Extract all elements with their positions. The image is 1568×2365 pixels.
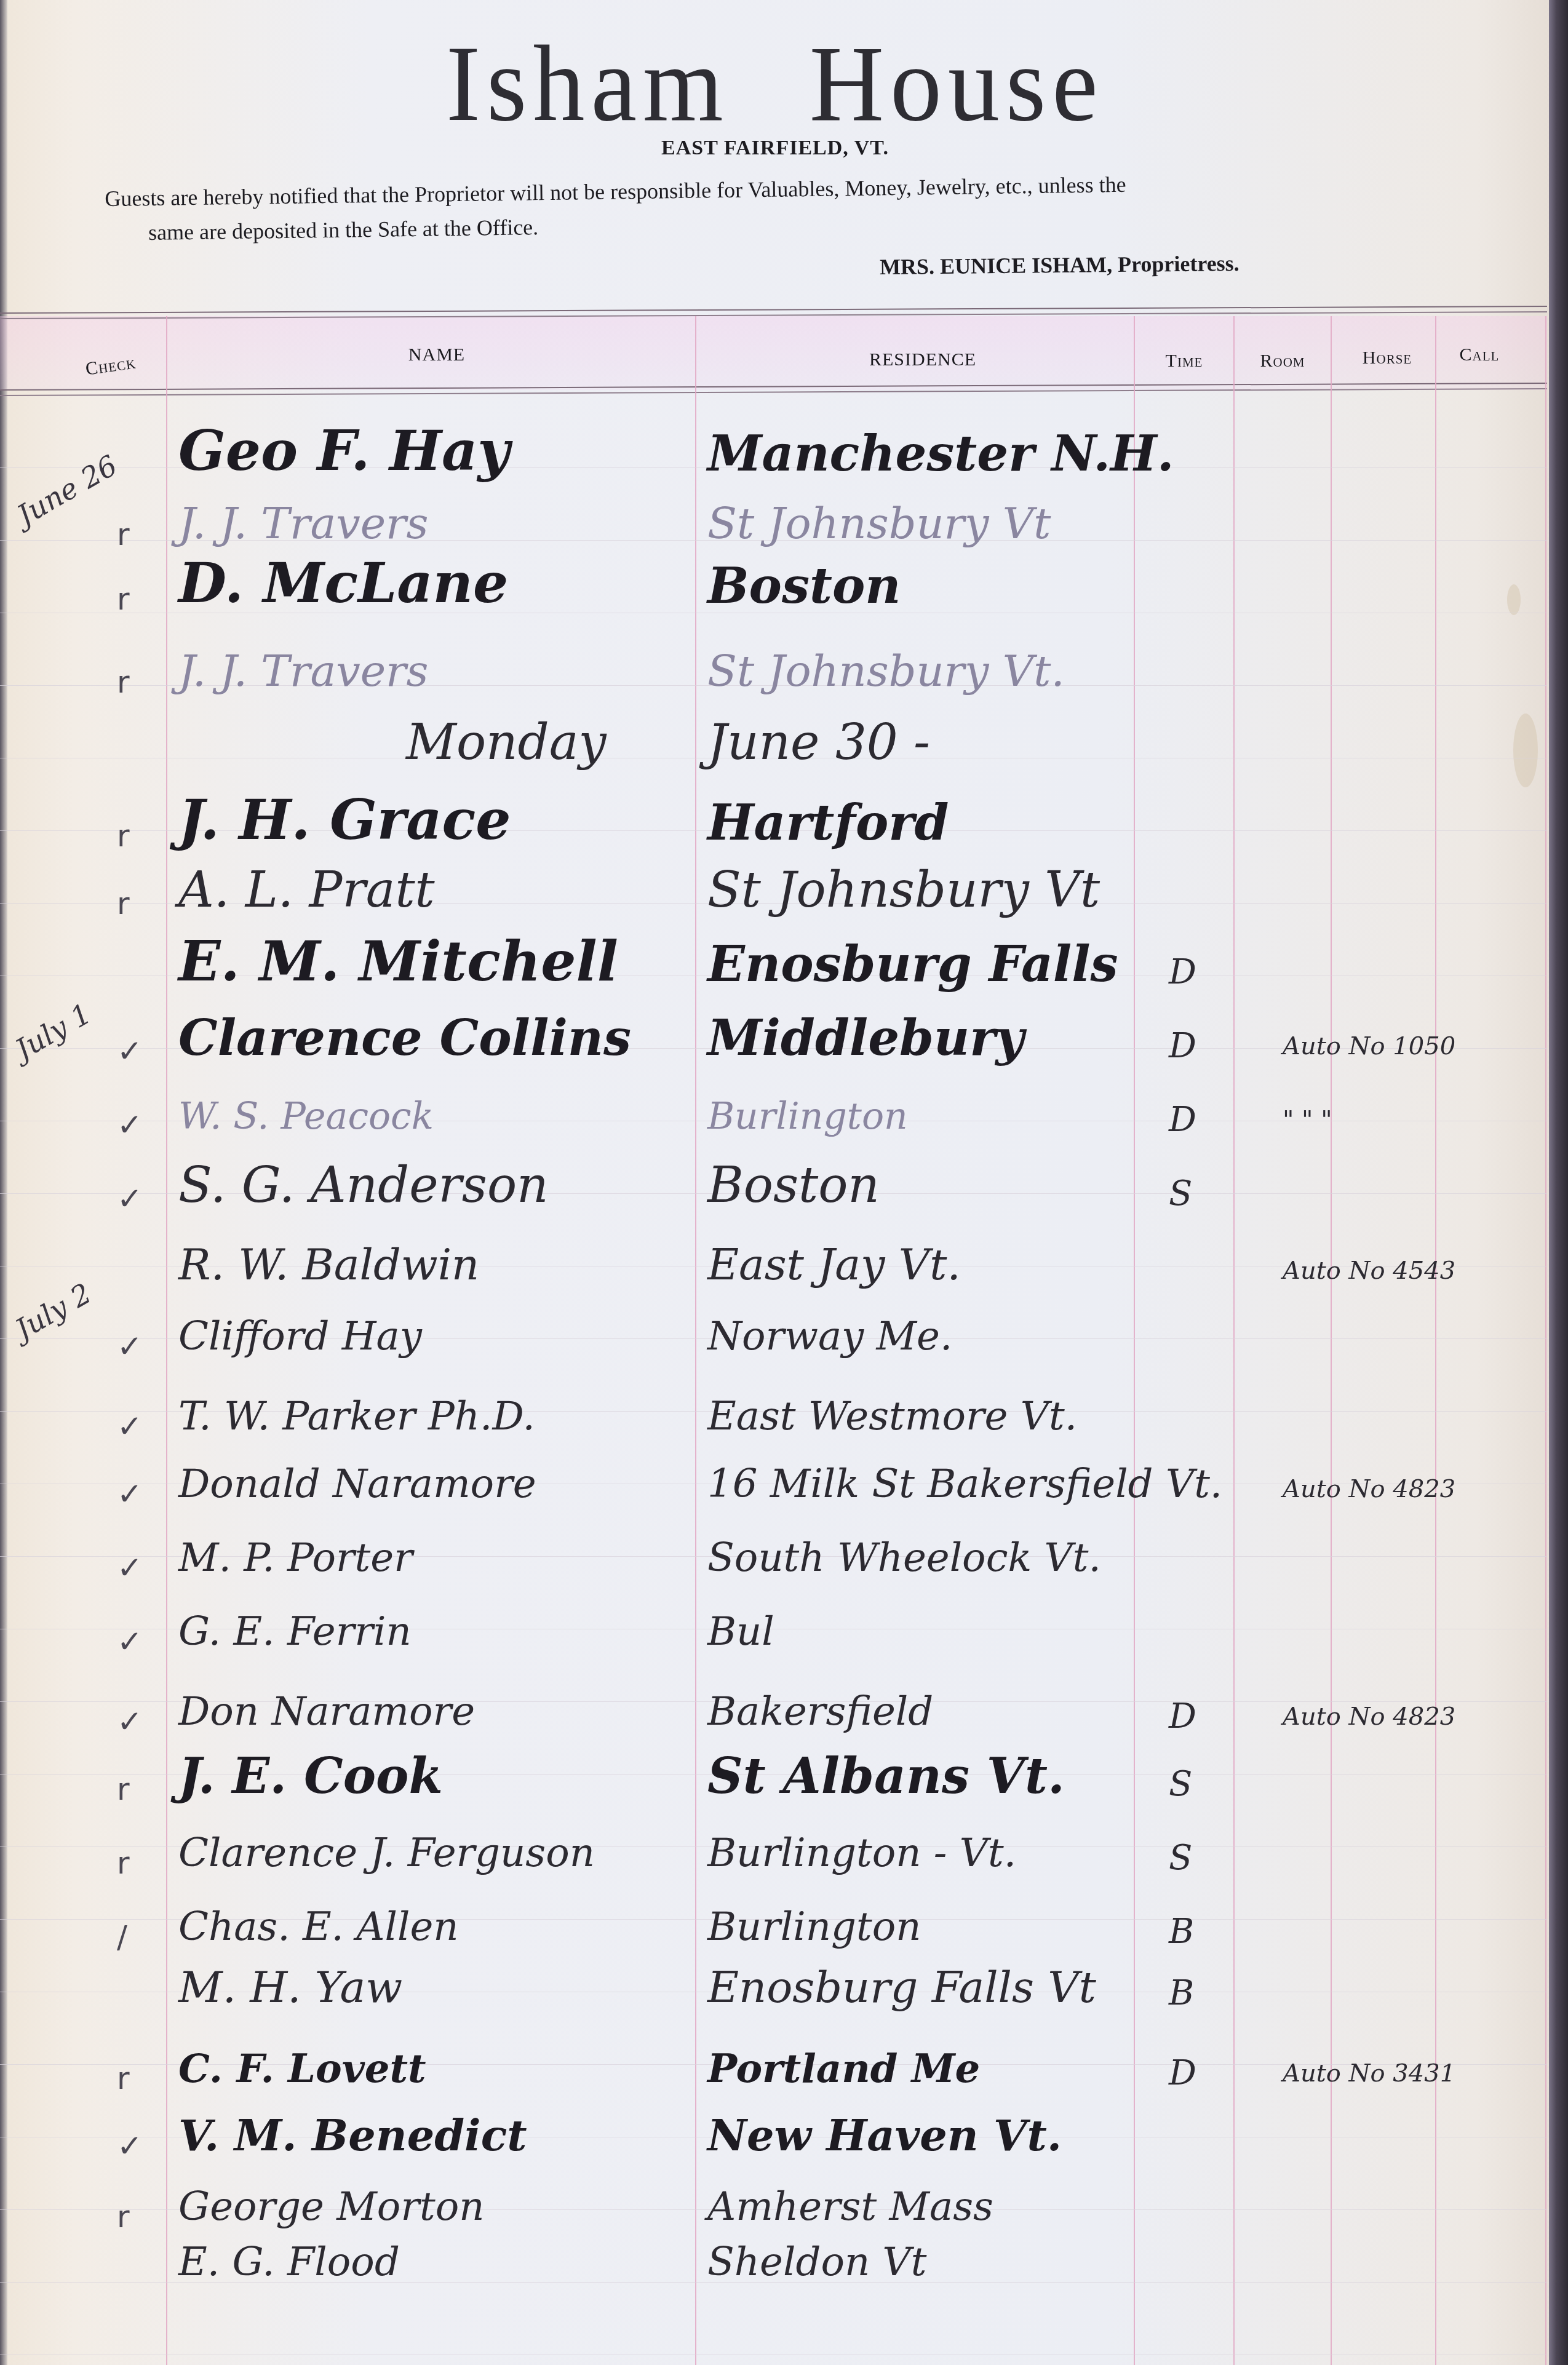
time-mark: D bbox=[1169, 1696, 1196, 1736]
register-entry: ✓S. G. AndersonBostonS bbox=[0, 1206, 1547, 1206]
title-word-isham: Isham bbox=[446, 23, 730, 143]
register-entry: ✓Don NaramoreBakersfieldDAuto No 4823 bbox=[0, 1728, 1547, 1729]
book-binding-edge bbox=[1549, 0, 1568, 2365]
guest-residence: Bul bbox=[707, 1609, 774, 1655]
guest-residence: Burlington - Vt. bbox=[707, 1830, 1016, 1876]
register-entry: ✓V. M. BenedictNew Haven Vt. bbox=[0, 2153, 1547, 2153]
paper-stain bbox=[1507, 584, 1521, 615]
time-mark: S bbox=[1169, 1838, 1192, 1878]
guest-residence: Bakersfield bbox=[707, 1689, 933, 1735]
check-mark: ✓ bbox=[117, 1550, 143, 1586]
hotel-location: EAST FAIRFIELD, VT. bbox=[0, 137, 1550, 160]
guest-name: G. E. Ferrin bbox=[178, 1609, 412, 1655]
guest-name: S. G. Anderson bbox=[178, 1156, 549, 1214]
guest-residence: June 30 - bbox=[707, 713, 930, 771]
guest-residence: New Haven Vt. bbox=[707, 2110, 1062, 2161]
paper-stain bbox=[1513, 713, 1538, 787]
guest-residence: Norway Me. bbox=[707, 1314, 952, 1359]
register-entry: M. H. YawEnosburg Falls VtB bbox=[0, 2005, 1547, 2006]
register-entry: ✓G. E. FerrinBul bbox=[0, 1648, 1547, 1649]
check-mark: ✓ bbox=[117, 1704, 143, 1739]
guest-name: Monday bbox=[406, 713, 607, 771]
column-header-residence: RESIDENCE bbox=[818, 349, 1027, 370]
ruled-line bbox=[0, 2355, 1547, 2355]
check-mark: ✓ bbox=[117, 2128, 143, 2164]
register-entry: ✓M. P. PorterSouth Wheelock Vt. bbox=[0, 1575, 1547, 1575]
register-entry: R. W. BaldwinEast Jay Vt.Auto No 4543 bbox=[0, 1282, 1547, 1283]
check-mark: r bbox=[117, 581, 130, 617]
column-header-horse: Horse bbox=[1347, 348, 1427, 368]
guest-residence: Manchester N.H. bbox=[707, 424, 1174, 482]
column-divider bbox=[695, 316, 696, 2365]
guest-name: Clarence Collins bbox=[178, 1009, 631, 1067]
guest-residence: East Westmore Vt. bbox=[707, 1394, 1077, 1439]
column-divider bbox=[166, 316, 167, 2365]
guest-residence: South Wheelock Vt. bbox=[707, 1535, 1101, 1581]
check-mark: ✓ bbox=[117, 1181, 143, 1217]
guest-residence: Amherst Mass bbox=[707, 2184, 993, 2230]
check-mark: r bbox=[117, 818, 130, 854]
auto-number: Auto No 4823 bbox=[1283, 1703, 1455, 1731]
guest-name: J. E. Cook bbox=[178, 1747, 443, 1805]
title-word-house: House bbox=[810, 23, 1104, 143]
check-mark: ✓ bbox=[117, 1033, 143, 1069]
guest-residence: Boston bbox=[707, 1156, 880, 1214]
time-mark: S bbox=[1169, 1174, 1192, 1214]
liability-notice: Guests are hereby notified that the Prop… bbox=[105, 162, 1459, 250]
guest-name: R. W. Baldwin bbox=[178, 1239, 479, 1290]
guest-name: E. G. Flood bbox=[178, 2240, 400, 2285]
guest-name: Donald Naramore bbox=[178, 1461, 536, 1507]
register-entry: ✓T. W. Parker Ph.D.East Westmore Vt. bbox=[0, 1433, 1547, 1434]
margin-date: July 2 bbox=[9, 1276, 97, 1346]
guest-name: M. P. Porter bbox=[178, 1535, 413, 1581]
guest-name: Chas. E. Allen bbox=[178, 1904, 459, 1950]
register-entry: MondayJune 30 - bbox=[0, 763, 1547, 763]
guest-residence: Burlington bbox=[707, 1095, 908, 1138]
guest-residence: St Johnsbury Vt. bbox=[707, 646, 1065, 696]
auto-number: Auto No 1050 bbox=[1283, 1032, 1455, 1060]
check-mark: r bbox=[117, 1845, 130, 1881]
margin-date: June 26 bbox=[11, 448, 122, 532]
register-entry: rGeorge MortonAmherst Mass bbox=[0, 2224, 1547, 2224]
register-entry: /Chas. E. AllenBurlingtonB bbox=[0, 1944, 1547, 1944]
column-divider bbox=[1331, 316, 1332, 2365]
auto-number: Auto No 4543 bbox=[1283, 1257, 1455, 1285]
check-mark: ✓ bbox=[117, 1624, 143, 1659]
time-mark: D bbox=[1169, 952, 1196, 992]
register-entry: E. G. FloodSheldon Vt bbox=[0, 2279, 1547, 2280]
guest-residence: East Jay Vt. bbox=[707, 1239, 961, 1290]
guest-residence: Boston bbox=[707, 557, 901, 614]
guest-residence: St Johnsbury Vt bbox=[707, 498, 1051, 549]
guest-name: Don Naramore bbox=[178, 1689, 475, 1735]
register-entry: rJ. J. TraversSt Johnsbury Vt. bbox=[0, 689, 1547, 690]
register-entry: E. M. MitchellEnosburg FallsD bbox=[0, 984, 1547, 985]
check-mark: ✓ bbox=[117, 1329, 143, 1364]
check-mark: r bbox=[117, 2199, 130, 2235]
column-header-name: NAME bbox=[344, 344, 529, 365]
column-header-call: Call bbox=[1446, 344, 1513, 365]
auto-number: Auto No 3431 bbox=[1283, 2059, 1455, 2088]
guest-name: Clifford Hay bbox=[178, 1314, 422, 1359]
register-page: IshamHouse EAST FAIRFIELD, VT. Guests ar… bbox=[0, 0, 1550, 2365]
time-mark: D bbox=[1169, 1026, 1196, 1066]
guest-residence: St Johnsbury Vt bbox=[707, 861, 1100, 918]
guest-name: D. McLane bbox=[178, 551, 508, 616]
register-entry: rJ. H. GraceHartford bbox=[0, 843, 1547, 843]
guest-name: A. L. Pratt bbox=[178, 861, 435, 918]
check-mark: ✓ bbox=[117, 1107, 143, 1143]
auto-number: " " " bbox=[1283, 1106, 1332, 1134]
column-divider bbox=[1435, 316, 1436, 2365]
register-entry: ✓Clifford HayNorway Me. bbox=[0, 1353, 1547, 1354]
guest-name: M. H. Yaw bbox=[178, 1962, 402, 2013]
guest-name: V. M. Benedict bbox=[178, 2110, 527, 2161]
column-header-room: Room bbox=[1249, 351, 1316, 372]
guest-name: Geo F. Hay bbox=[178, 418, 510, 483]
register-entry: rA. L. PrattSt Johnsbury Vt bbox=[0, 910, 1547, 911]
guest-name: E. M. Mitchell bbox=[178, 929, 618, 994]
page-title: IshamHouse bbox=[0, 22, 1550, 146]
time-mark: B bbox=[1169, 1973, 1194, 2013]
guest-residence: Portland Me bbox=[707, 2046, 980, 2092]
guest-name: George Morton bbox=[178, 2184, 484, 2230]
guest-residence: Hartford bbox=[707, 793, 949, 851]
time-mark: S bbox=[1169, 1764, 1192, 1804]
guest-name: Clarence J. Ferguson bbox=[178, 1830, 595, 1876]
check-mark: r bbox=[117, 1771, 130, 1807]
check-mark: ✓ bbox=[117, 1409, 143, 1444]
auto-number: Auto No 4823 bbox=[1283, 1475, 1455, 1503]
check-mark: r bbox=[117, 664, 130, 700]
register-entry: rJ. E. CookSt Albans Vt.S bbox=[0, 1796, 1547, 1797]
check-mark: / bbox=[117, 1919, 127, 1955]
guest-name: J. J. Travers bbox=[178, 646, 429, 696]
register-entry: ✓Donald Naramore16 Milk St Bakersfield V… bbox=[0, 1501, 1547, 1501]
time-mark: D bbox=[1169, 2053, 1196, 2093]
guest-residence: St Albans Vt. bbox=[707, 1747, 1065, 1805]
margin-date: July 1 bbox=[9, 996, 97, 1066]
guest-residence: Burlington bbox=[707, 1904, 921, 1950]
guest-residence: Enosburg Falls Vt bbox=[707, 1962, 1096, 2013]
check-mark: ✓ bbox=[117, 1476, 143, 1512]
guest-name: C. F. Lovett bbox=[178, 2046, 426, 2092]
proprietor-signature-line: MRS. EUNICE ISHAM, Proprietress. bbox=[880, 250, 1240, 280]
register-entry: ✓Clarence CollinsMiddleburyDAuto No 1050 bbox=[0, 1058, 1547, 1059]
time-mark: B bbox=[1169, 1912, 1194, 1952]
guest-residence: Enosburg Falls bbox=[707, 935, 1118, 993]
register-entry: rClarence J. FergusonBurlington - Vt.S bbox=[0, 1870, 1547, 1870]
column-divider bbox=[1233, 316, 1235, 2365]
register-entry: Geo F. HayManchester N.H. bbox=[0, 474, 1547, 474]
guest-name: T. W. Parker Ph.D. bbox=[178, 1394, 535, 1439]
register-entry: ✓W. S. PeacockBurlingtonD" " " bbox=[0, 1132, 1547, 1132]
register-entry: rC. F. LovettPortland MeDAuto No 3431 bbox=[0, 2085, 1547, 2086]
column-header-time: Time bbox=[1150, 351, 1218, 372]
check-mark: r bbox=[117, 517, 130, 552]
time-mark: D bbox=[1169, 1100, 1196, 1140]
register-entry: rJ. J. TraversSt Johnsbury Vt bbox=[0, 541, 1547, 542]
guest-name: J. H. Grace bbox=[178, 787, 511, 853]
column-divider bbox=[1134, 316, 1135, 2365]
column-divider bbox=[1545, 316, 1546, 2365]
register-entry: rD. McLaneBoston bbox=[0, 606, 1547, 606]
guest-residence: Middlebury bbox=[707, 1009, 1024, 1067]
guest-residence: 16 Milk St Bakersfield Vt. bbox=[707, 1461, 1222, 1507]
guest-residence: Sheldon Vt bbox=[707, 2240, 926, 2285]
guest-name: J. J. Travers bbox=[178, 498, 429, 549]
check-mark: r bbox=[117, 2061, 130, 2096]
check-mark: r bbox=[117, 886, 130, 921]
guest-name: W. S. Peacock bbox=[178, 1095, 434, 1138]
